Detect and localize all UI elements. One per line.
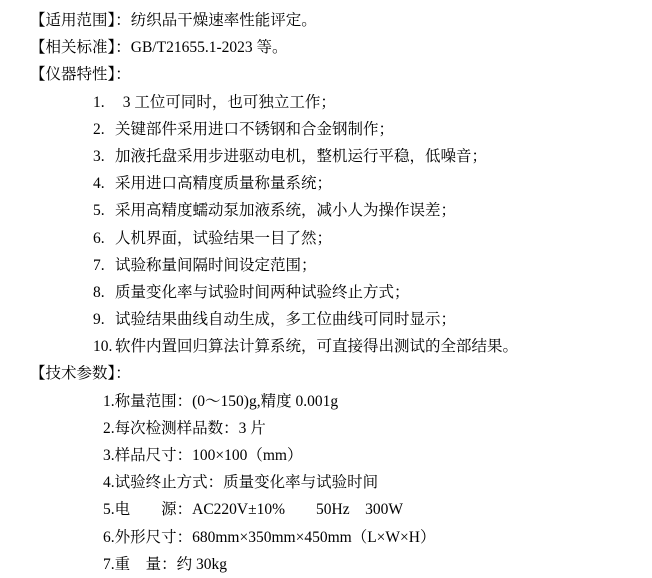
param-text-6: 6.外形尺寸：680mm×350mm×450mm（L×W×H） bbox=[103, 529, 435, 546]
feature-item-1: 1. 3 工位可同时，也可独立工作； bbox=[0, 89, 652, 116]
param-text-2: 2.每次检测样品数：3 片 bbox=[103, 420, 266, 437]
feature-number-7: 7. bbox=[93, 252, 115, 279]
param-item-4: 4.试验终止方式：质量变化率与试验时间 bbox=[0, 469, 652, 496]
feature-text-8: 质量变化率与试验时间两种试验终止方式； bbox=[115, 284, 410, 301]
params-heading-label: 【技术参数】： bbox=[30, 365, 131, 382]
feature-number-4: 4. bbox=[93, 170, 115, 197]
feature-number-1: 1. bbox=[93, 89, 115, 116]
feature-text-4: 采用进口高精度质量称量系统； bbox=[115, 175, 332, 192]
feature-number-8: 8. bbox=[93, 279, 115, 306]
standard-line: 【相关标准】：GB/T21655.1-2023 等。 bbox=[0, 34, 652, 61]
feature-item-9: 9.试验结果曲线自动生成，多工位曲线可同时显示； bbox=[0, 306, 652, 333]
feature-text-7: 试验称量间隔时间设定范围； bbox=[115, 257, 317, 274]
feature-item-7: 7.试验称量间隔时间设定范围； bbox=[0, 252, 652, 279]
standard-text: GB/T21655.1-2023 等。 bbox=[131, 39, 288, 56]
standard-label: 【相关标准】： bbox=[30, 39, 131, 56]
scope-line: 【适用范围】：纺织品干燥速率性能评定。 bbox=[0, 7, 652, 34]
feature-text-2: 关键部件采用进口不锈钢和合金钢制作； bbox=[115, 121, 394, 138]
param-text-4: 4.试验终止方式：质量变化率与试验时间 bbox=[103, 474, 378, 491]
feature-text-10: 软件内置回归算法计算系统，可直接得出测试的全部结果。 bbox=[115, 338, 518, 355]
feature-number-5: 5. bbox=[93, 197, 115, 224]
param-item-6: 6.外形尺寸：680mm×350mm×450mm（L×W×H） bbox=[0, 524, 652, 551]
param-item-7: 7.重 量：约 30kg bbox=[0, 551, 652, 578]
param-item-3: 3.样品尺寸：100×100（mm） bbox=[0, 442, 652, 469]
feature-number-10: 10. bbox=[93, 333, 115, 360]
feature-number-6: 6. bbox=[93, 225, 115, 252]
param-item-5: 5.电 源：AC220V±10% 50Hz 300W bbox=[0, 496, 652, 523]
spec-document: 【适用范围】：纺织品干燥速率性能评定。 【相关标准】：GB/T21655.1-2… bbox=[0, 0, 652, 578]
feature-text-9: 试验结果曲线自动生成，多工位曲线可同时显示； bbox=[115, 311, 456, 328]
param-item-2: 2.每次检测样品数：3 片 bbox=[0, 415, 652, 442]
feature-item-2: 2.关键部件采用进口不锈钢和合金钢制作； bbox=[0, 116, 652, 143]
param-text-1: 1.称量范围：(0～150)g,精度 0.001g bbox=[103, 393, 338, 410]
scope-text: 纺织品干燥速率性能评定。 bbox=[131, 12, 317, 29]
feature-text-3: 加液托盘采用步进驱动电机，整机运行平稳，低噪音； bbox=[115, 148, 487, 165]
param-text-7: 7.重 量：约 30kg bbox=[103, 556, 227, 573]
params-heading: 【技术参数】： bbox=[0, 360, 652, 387]
feature-item-8: 8.质量变化率与试验时间两种试验终止方式； bbox=[0, 279, 652, 306]
param-item-1: 1.称量范围：(0～150)g,精度 0.001g bbox=[0, 388, 652, 415]
feature-text-5: 采用高精度蠕动泵加液系统，减小人为操作误差； bbox=[115, 202, 456, 219]
feature-item-6: 6.人机界面，试验结果一目了然； bbox=[0, 225, 652, 252]
param-text-3: 3.样品尺寸：100×100（mm） bbox=[103, 447, 302, 464]
feature-item-4: 4.采用进口高精度质量称量系统； bbox=[0, 170, 652, 197]
scope-label: 【适用范围】： bbox=[30, 12, 131, 29]
features-heading-label: 【仪器特性】： bbox=[30, 66, 131, 83]
feature-number-9: 9. bbox=[93, 306, 115, 333]
feature-text-6: 人机界面，试验结果一目了然； bbox=[115, 230, 332, 247]
feature-number-2: 2. bbox=[93, 116, 115, 143]
feature-number-3: 3. bbox=[93, 143, 115, 170]
param-text-5: 5.电 源：AC220V±10% 50Hz 300W bbox=[103, 501, 403, 518]
feature-item-3: 3.加液托盘采用步进驱动电机，整机运行平稳，低噪音； bbox=[0, 143, 652, 170]
feature-text-1: 3 工位可同时，也可独立工作； bbox=[115, 94, 336, 111]
feature-item-5: 5.采用高精度蠕动泵加液系统，减小人为操作误差； bbox=[0, 197, 652, 224]
feature-item-10: 10.软件内置回归算法计算系统，可直接得出测试的全部结果。 bbox=[0, 333, 652, 360]
features-heading: 【仪器特性】： bbox=[0, 61, 652, 88]
